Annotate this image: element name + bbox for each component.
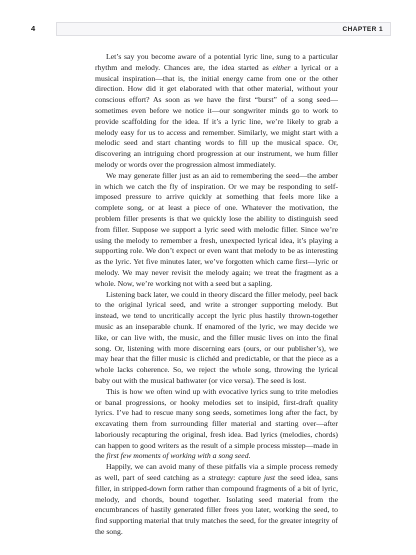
paragraph-3: Listening back later, we could in theory… [95, 290, 338, 387]
text-run-italic: just [264, 473, 275, 482]
chapter-header-band: CHAPTER 1 [56, 22, 391, 36]
book-page: 4 CHAPTER 1 Let’s say you become aware o… [0, 0, 416, 555]
chapter-label: CHAPTER 1 [343, 26, 383, 33]
text-run: : capture [233, 473, 264, 482]
page-number: 4 [31, 24, 35, 33]
text-run-italic: strategy [208, 473, 233, 482]
paragraph-4: This is how we often wind up with evocat… [95, 387, 338, 463]
text-run: This is how we often wind up with evocat… [95, 387, 338, 461]
text-run: the seed idea, sans filler, in stripped-… [95, 473, 338, 536]
text-run: Listening back later, we could in theory… [95, 290, 338, 385]
paragraph-2: We may generate filler just as an aid to… [95, 171, 338, 290]
text-run-italic: either [272, 63, 290, 72]
text-run: We may generate filler just as an aid to… [95, 171, 338, 288]
text-run: . [249, 451, 251, 460]
text-run-italic: first few moments of working with a song… [106, 451, 248, 460]
text-run: a lyrical or a musical inspiration—that … [95, 63, 338, 169]
paragraph-1: Let’s say you become aware of a potentia… [95, 52, 338, 171]
body-text-column: Let’s say you become aware of a potentia… [95, 52, 338, 538]
paragraph-5: Happily, we can avoid many of these pitf… [95, 462, 338, 538]
